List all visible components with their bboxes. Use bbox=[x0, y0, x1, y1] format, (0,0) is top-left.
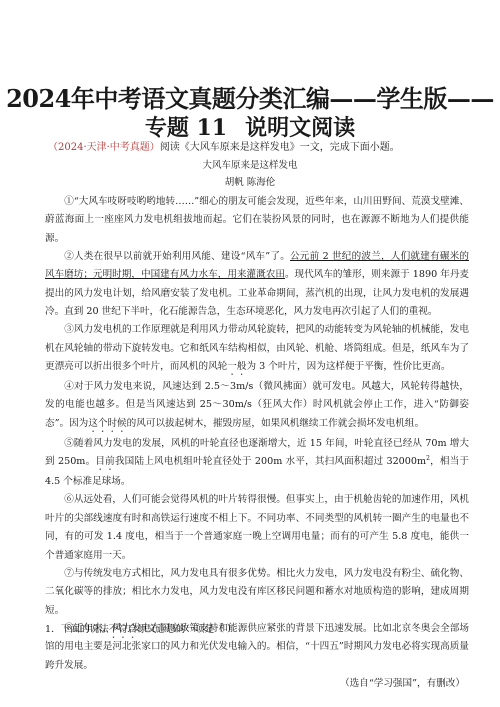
question-1: 1．下面的说法不符合原文意思的一项是（ ） bbox=[45, 622, 236, 641]
paragraph-2: ②人类在很早以前就开始利用风能、建设“风车”了。公元前 2 世纪的波兰，人们就建… bbox=[45, 248, 469, 321]
paragraph-4: ④对于风力发电来说，风速达到 2.5～3m/s（微风拂面）就可发电。风越大，风轮… bbox=[45, 378, 469, 435]
instruction-text: 阅读《大风车原来是这样发电》一文，完成下面小题。 bbox=[160, 142, 400, 153]
paragraph-4-text-end: 的风可以拔起树木，摧毁房屋，如果风机继续工作就会损坏发电机组。 bbox=[127, 418, 424, 429]
paragraph-7: ⑦与传统发电方式相比，风力发电具有很多优势。相比火力发电，风力发电没有粉尘、硫化… bbox=[45, 565, 469, 620]
paragraph-1: ①“大风车吱呀吱哟哟地转……”细心的朋友可能会发现，近些年来，山川田野间、荒漠戈… bbox=[45, 193, 469, 248]
paragraph-3: ③风力发电机的工作原理就是利用风力带动风轮旋转，把风的动能转变为风轮轴的机械能，… bbox=[45, 321, 469, 378]
document-page: 2024年中考语文真题分类汇编——学生版—— 专题 11说明文阅读 （2024·… bbox=[0, 0, 500, 707]
paragraph-6: ⑥从远处看，人们可能会觉得风机的叶片转得很慢。但事实上，由于机舱齿轮的加速作用，… bbox=[45, 491, 469, 564]
question-text: 下面的说法 bbox=[61, 624, 109, 635]
document-title-line1: 2024年中考语文真题分类汇编——学生版—— bbox=[0, 84, 500, 114]
emphasized-word: 目前 bbox=[95, 456, 115, 467]
paragraph-5: ⑤随着风力发电的发展，风机的叶轮直径也逐渐增大，近 15 年间，叶轮直径已经从 … bbox=[45, 435, 469, 492]
article-title: 大风车原来是这样发电 bbox=[0, 158, 500, 174]
emphasized-word: 这个时候 bbox=[88, 418, 126, 429]
question-text-end: 原文意思的一项是（ ） bbox=[137, 624, 236, 635]
emphasized-word: 不符合 bbox=[109, 624, 138, 635]
topic-number: 专题 11 bbox=[145, 115, 227, 141]
topic-name: 说明文阅读 bbox=[245, 115, 355, 141]
question-source-line: （2024·天津·中考真题）阅读《大风车原来是这样发电》一文，完成下面小题。 bbox=[48, 140, 400, 156]
article-author: 胡帆 陈海伦 bbox=[0, 175, 500, 191]
article-body: ①“大风车吱呀吱哟哟地转……”细心的朋友可能会发现，近些年来，山川田野间、荒漠戈… bbox=[45, 193, 469, 693]
question-number: 1． bbox=[45, 624, 61, 635]
paragraph-2-text: ②人类在很早以前就开始利用风能、建设“风车”了。 bbox=[64, 251, 290, 262]
paragraph-5-text-mid: 我国陆上风电机组叶轮直径处于 200m 水平，其扫风面积超过 32000m bbox=[115, 456, 426, 467]
document-title-line2: 专题 11说明文阅读 bbox=[0, 113, 500, 143]
source-tag: （2024·天津·中考真题） bbox=[48, 142, 160, 153]
citation: （选自“学习强国”，有删改） bbox=[45, 675, 469, 693]
emphasized-word: 一般 bbox=[227, 361, 246, 372]
paragraph-3-text-end: 为 3 个叶片，因为这样便于平衡，性价比更高。 bbox=[246, 361, 450, 372]
